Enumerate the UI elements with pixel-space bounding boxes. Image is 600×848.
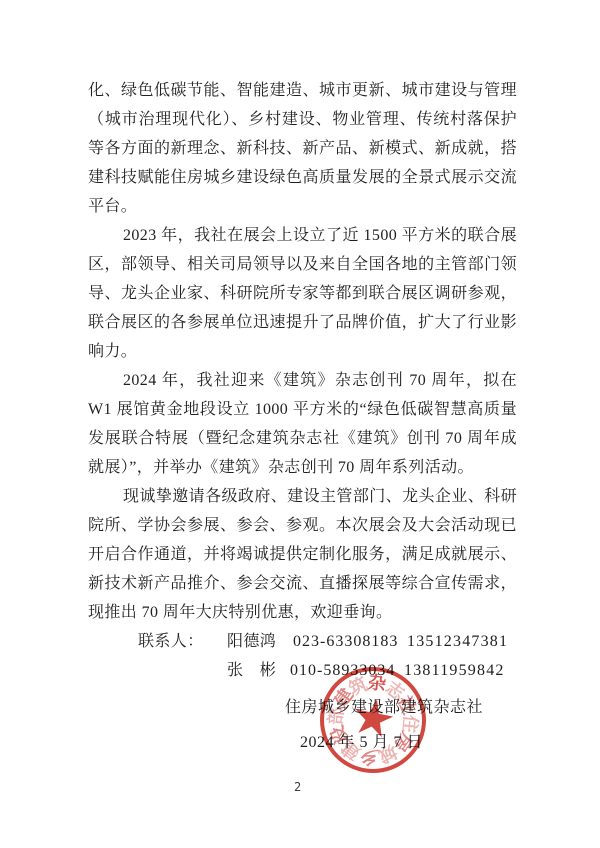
contact-row-2: 张 彬 010-58933034 13811959842 — [88, 656, 517, 685]
contact-name-1: 阳德鸿 — [227, 627, 276, 656]
paragraph-2: 2023 年，我社在展会上设立了近 1500 平方米的联合展区，部领导、相关司局… — [88, 221, 517, 366]
page-number: 2 — [294, 780, 301, 794]
contact-label: 联系人： — [138, 627, 204, 656]
paragraph-1: 化、绿色低碳节能、智能建造、城市更新、城市建设与管理（城市治理现代化）、乡村建设… — [88, 76, 517, 221]
contact-tel-1: 023-63308183 — [293, 627, 398, 656]
document-page: 化、绿色低碳节能、智能建造、城市更新、城市建设与管理（城市治理现代化）、乡村建设… — [0, 0, 600, 848]
paragraph-3: 2024 年，我社迎来《建筑》杂志创刊 70 周年，拟在 W1 展馆黄金地段设立… — [88, 366, 517, 482]
letter-body: 化、绿色低碳节能、智能建造、城市更新、城市建设与管理（城市治理现代化）、乡村建设… — [88, 76, 517, 757]
contact-name-2: 张 彬 — [227, 656, 276, 685]
contact-mobile-1: 13512347381 — [407, 627, 508, 656]
contact-row-1: 联系人： 阳德鸿 023-63308183 13512347381 — [88, 627, 517, 656]
official-seal: 住 房 城 乡 建 设 部 建 筑 杂 志 社 ★ — [311, 658, 435, 782]
paragraph-4: 现诚挚邀请各级政府、建设主管部门、龙头企业、科研院所、学协会参展、参会、参观。本… — [88, 482, 517, 627]
star-icon: ★ — [347, 689, 401, 747]
